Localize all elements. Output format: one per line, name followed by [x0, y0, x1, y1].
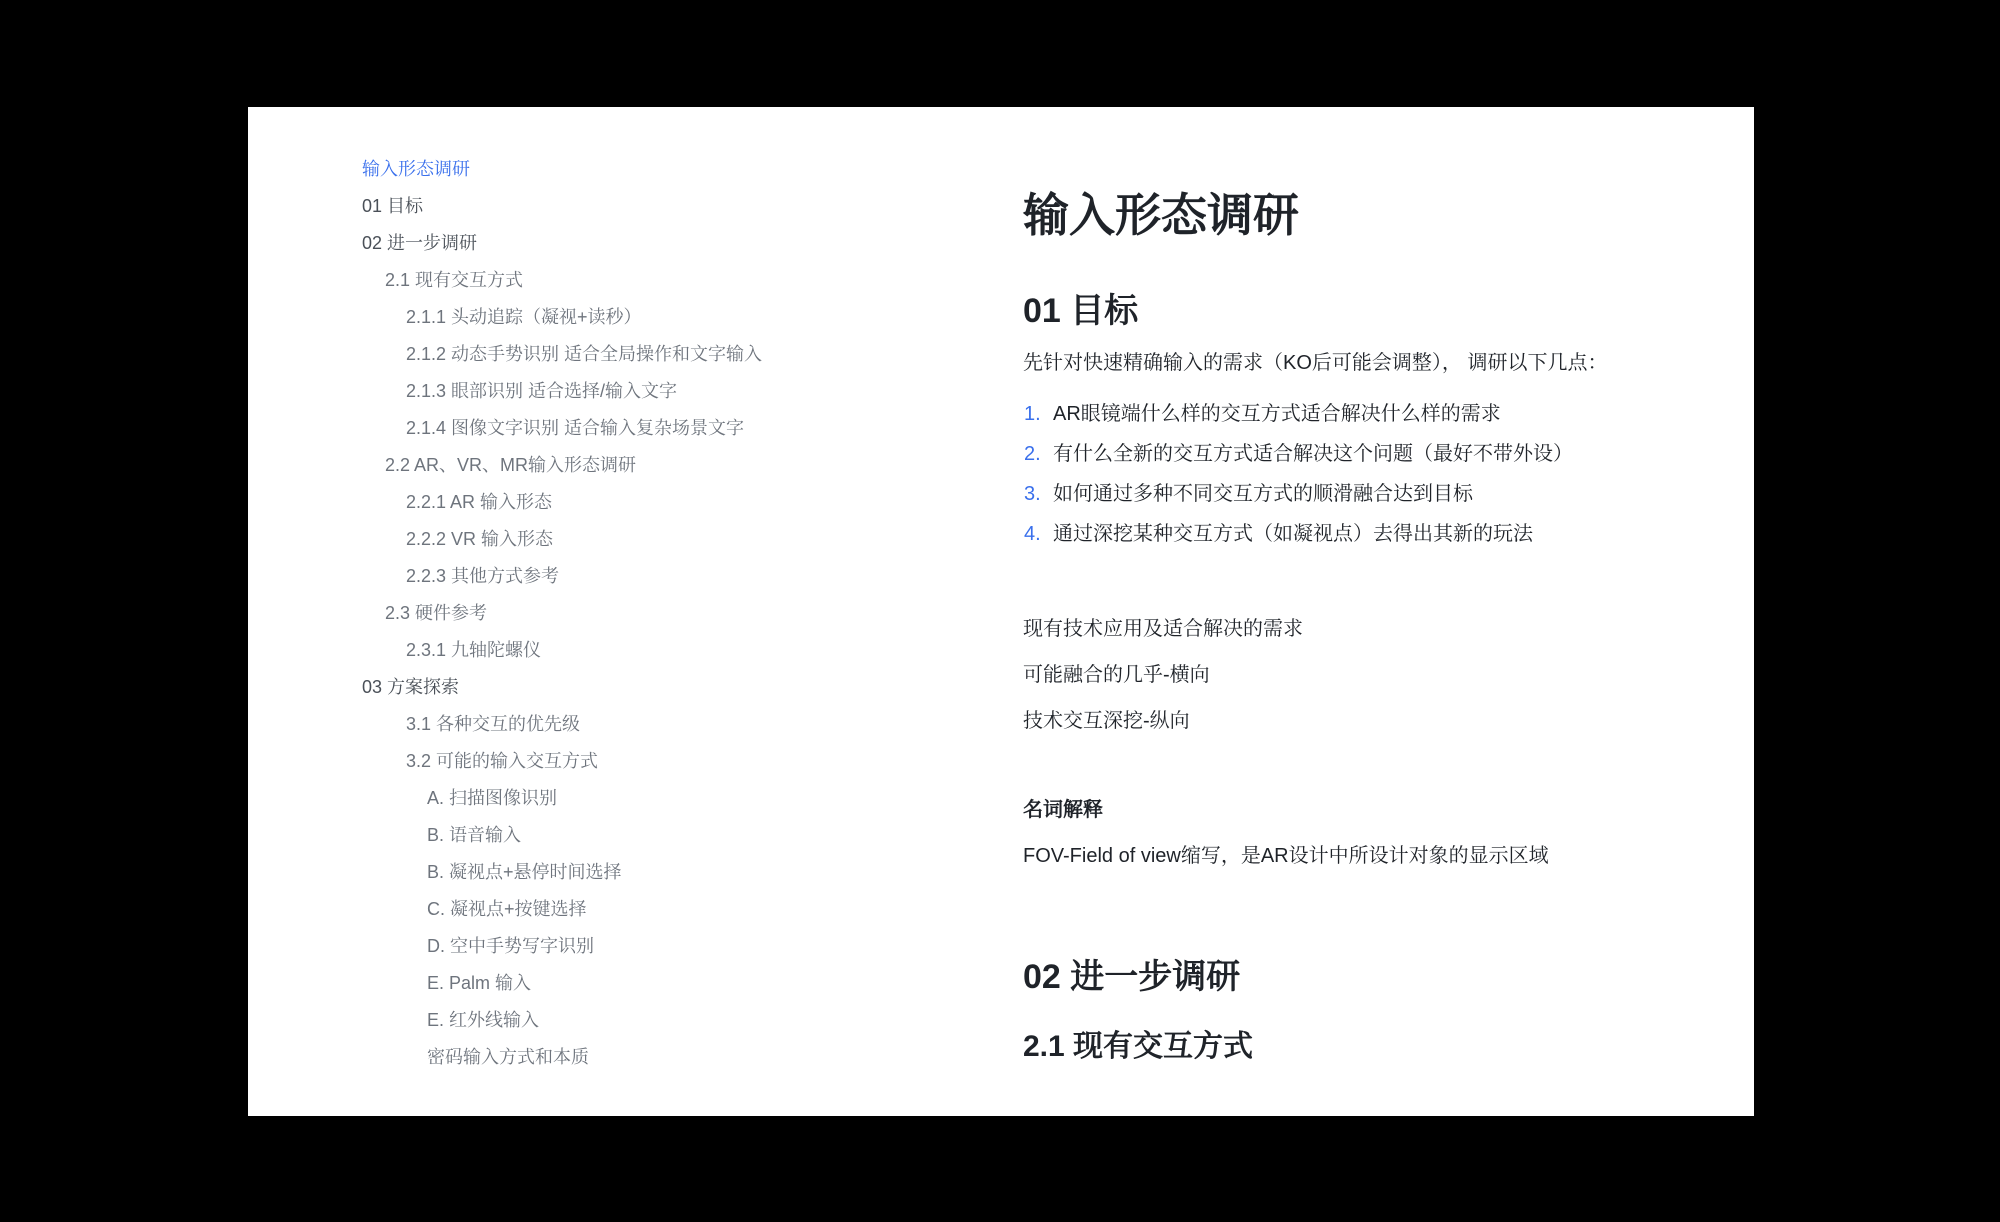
toc-item[interactable]: 2.3.1 九轴陀螺仪 [362, 632, 762, 669]
toc-item[interactable]: 2.1.1 头动追踪（凝视+读秒） [362, 299, 762, 336]
toc-item[interactable]: 3.1 各种交互的优先级 [362, 706, 762, 743]
toc-item[interactable]: B. 语音输入 [362, 817, 762, 854]
goal-list-item: 通过深挖某种交互方式（如凝视点）去得出其新的玩法 [1023, 514, 1573, 554]
toc-item[interactable]: 2.1 现有交互方式 [362, 262, 762, 299]
toc-item[interactable]: C. 凝视点+按键选择 [362, 891, 762, 928]
note-paragraph: 技术交互深挖-纵向 [1023, 698, 1303, 744]
table-of-contents: 输入形态调研01 目标02 进一步调研2.1 现有交互方式2.1.1 头动追踪（… [362, 151, 762, 1076]
note-paragraph: 可能融合的几乎-横向 [1023, 652, 1303, 698]
toc-item[interactable]: 2.2.3 其他方式参考 [362, 558, 762, 595]
goal-list-item: 有什么全新的交互方式适合解决这个问题（最好不带外设） [1023, 434, 1573, 474]
toc-item[interactable]: 2.1.3 眼部识别 适合选择/输入文字 [362, 373, 762, 410]
toc-item[interactable]: B. 凝视点+悬停时间选择 [362, 854, 762, 891]
toc-item[interactable]: 2.2.1 AR 输入形态 [362, 484, 762, 521]
toc-item[interactable]: 03 方案探索 [362, 669, 762, 706]
toc-item[interactable]: E. Palm 输入 [362, 965, 762, 1002]
glossary-label: 名词解释 [1023, 788, 1549, 834]
toc-item[interactable]: 输入形态调研 [362, 151, 762, 188]
glossary-definition: FOV-Field of view缩写，是AR设计中所设计对象的显示区域 [1023, 834, 1549, 880]
toc-item[interactable]: 2.1.4 图像文字识别 适合输入复杂场景文字 [362, 410, 762, 447]
goal-list-item: AR眼镜端什么样的交互方式适合解决什么样的需求 [1023, 394, 1573, 434]
toc-item[interactable]: 2.2.2 VR 输入形态 [362, 521, 762, 558]
glossary-block: 名词解释 FOV-Field of view缩写，是AR设计中所设计对象的显示区… [1023, 788, 1549, 879]
goal-list-item: 如何通过多种不同交互方式的顺滑融合达到目标 [1023, 474, 1573, 514]
toc-item[interactable]: 2.3 硬件参考 [362, 595, 762, 632]
goal-ordered-list: AR眼镜端什么样的交互方式适合解决什么样的需求 有什么全新的交互方式适合解决这个… [1023, 394, 1573, 554]
toc-item[interactable]: 密码输入方式和本质 [362, 1039, 762, 1076]
toc-item[interactable]: D. 空中手势写字识别 [362, 928, 762, 965]
section-heading-further: 02 进一步调研 [1023, 955, 1240, 999]
note-paragraph: 现有技术应用及适合解决的需求 [1023, 606, 1303, 652]
screen: { "colors": { "canvas_bg": "#000000", "p… [0, 0, 2000, 1222]
doc-title: 输入形态调研 [1023, 187, 1299, 243]
goal-intro-paragraph: 先针对快速精确输入的需求（KO后可能会调整）， 调研以下几点： [1023, 348, 1607, 378]
toc-item[interactable]: E. 红外线输入 [362, 1002, 762, 1039]
section-heading-goal: 01 目标 [1023, 289, 1138, 333]
toc-item[interactable]: 2.1.2 动态手势识别 适合全局操作和文字输入 [362, 336, 762, 373]
document-page-surface: 输入形态调研01 目标02 进一步调研2.1 现有交互方式2.1.1 头动追踪（… [248, 107, 1754, 1116]
notes-block: 现有技术应用及适合解决的需求 可能融合的几乎-横向 技术交互深挖-纵向 [1023, 606, 1303, 744]
document-body: 输入形态调研 01 目标 先针对快速精确输入的需求（KO后可能会调整）， 调研以… [1023, 107, 1723, 1116]
toc-item[interactable]: 02 进一步调研 [362, 225, 762, 262]
toc-item[interactable]: 3.2 可能的输入交互方式 [362, 743, 762, 780]
toc-item[interactable]: 01 目标 [362, 188, 762, 225]
toc-item[interactable]: A. 扫描图像识别 [362, 780, 762, 817]
toc-item[interactable]: 2.2 AR、VR、MR输入形态调研 [362, 447, 762, 484]
subsection-heading-existing-interaction: 2.1 现有交互方式 [1023, 1027, 1253, 1067]
